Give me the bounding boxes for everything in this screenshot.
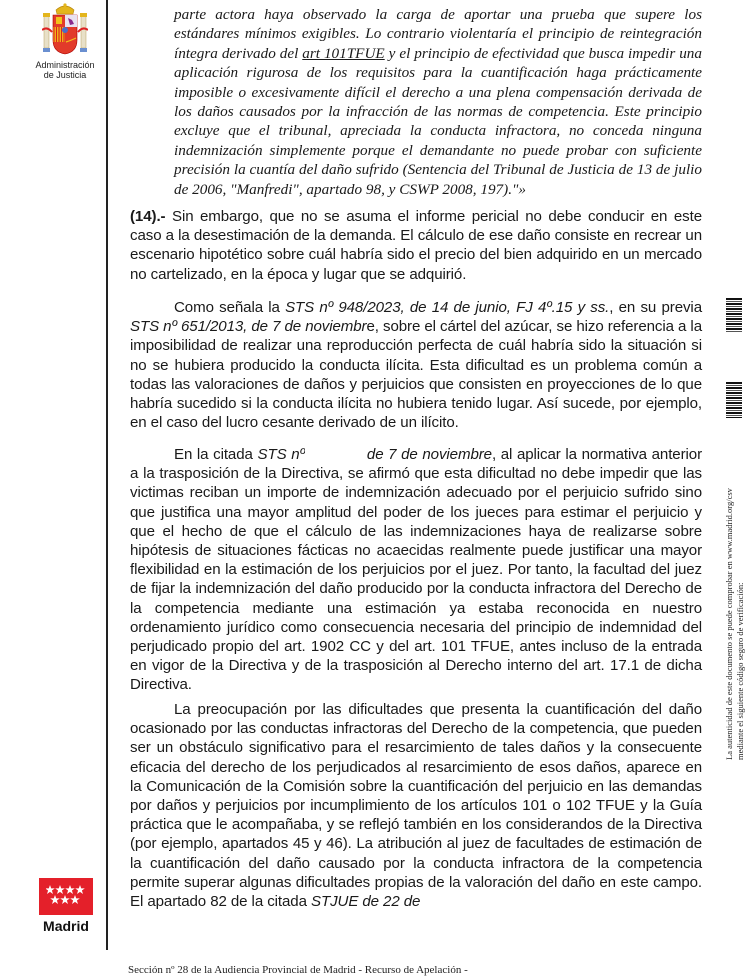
page-footer: Sección nº 28 de la Audiencia Provincial… — [128, 964, 468, 976]
barcode-icon — [726, 382, 742, 418]
verification-text-line1: La autenticidad de este documento se pue… — [724, 488, 734, 760]
barcode-icon — [726, 298, 742, 332]
citation: STS nº 651/2013, de 7 de noviembr — [130, 318, 366, 335]
citation: STS nº 948/2023, de 14 de junio, FJ 4º.1… — [285, 299, 609, 316]
citation: STJUE de 22 de — [311, 893, 420, 910]
madrid-flag-icon — [39, 878, 93, 915]
quoted-passage: parte actora haya observado la carga de … — [174, 5, 702, 199]
citation: de 7 de noviembre — [367, 446, 492, 463]
document-body: parte actora haya observado la carga de … — [130, 5, 702, 199]
paragraph-14: (14).- Sin embargo, que no se asuma el i… — [130, 207, 702, 284]
logo-label: Administración de Justicia — [30, 60, 100, 80]
verification-text-line2: mediante el siguiente código seguro de v… — [735, 583, 745, 761]
paragraph-number: (14).- — [130, 208, 165, 225]
coat-of-arms-icon — [42, 2, 88, 58]
margin-rule — [106, 0, 108, 950]
madrid-label: Madrid — [39, 918, 93, 934]
paragraph-citada-sts: En la citada STS nº de 7 de noviembre, a… — [130, 445, 702, 695]
art-101-tfue-link[interactable]: art 101TFUE — [302, 45, 384, 62]
citation: STS nº — [257, 446, 304, 463]
verification-sidebar: La autenticidad de este documento se pue… — [718, 290, 748, 760]
redacted-region — [305, 445, 367, 464]
administracion-de-justicia-logo: Administración de Justicia — [30, 2, 100, 80]
paragraph-sts-948: Como señala la STS nº 948/2023, de 14 de… — [130, 298, 702, 432]
paragraph-preocupacion: La preocupación por las dificultades que… — [130, 700, 702, 911]
comunidad-de-madrid-logo: Madrid — [39, 878, 93, 934]
